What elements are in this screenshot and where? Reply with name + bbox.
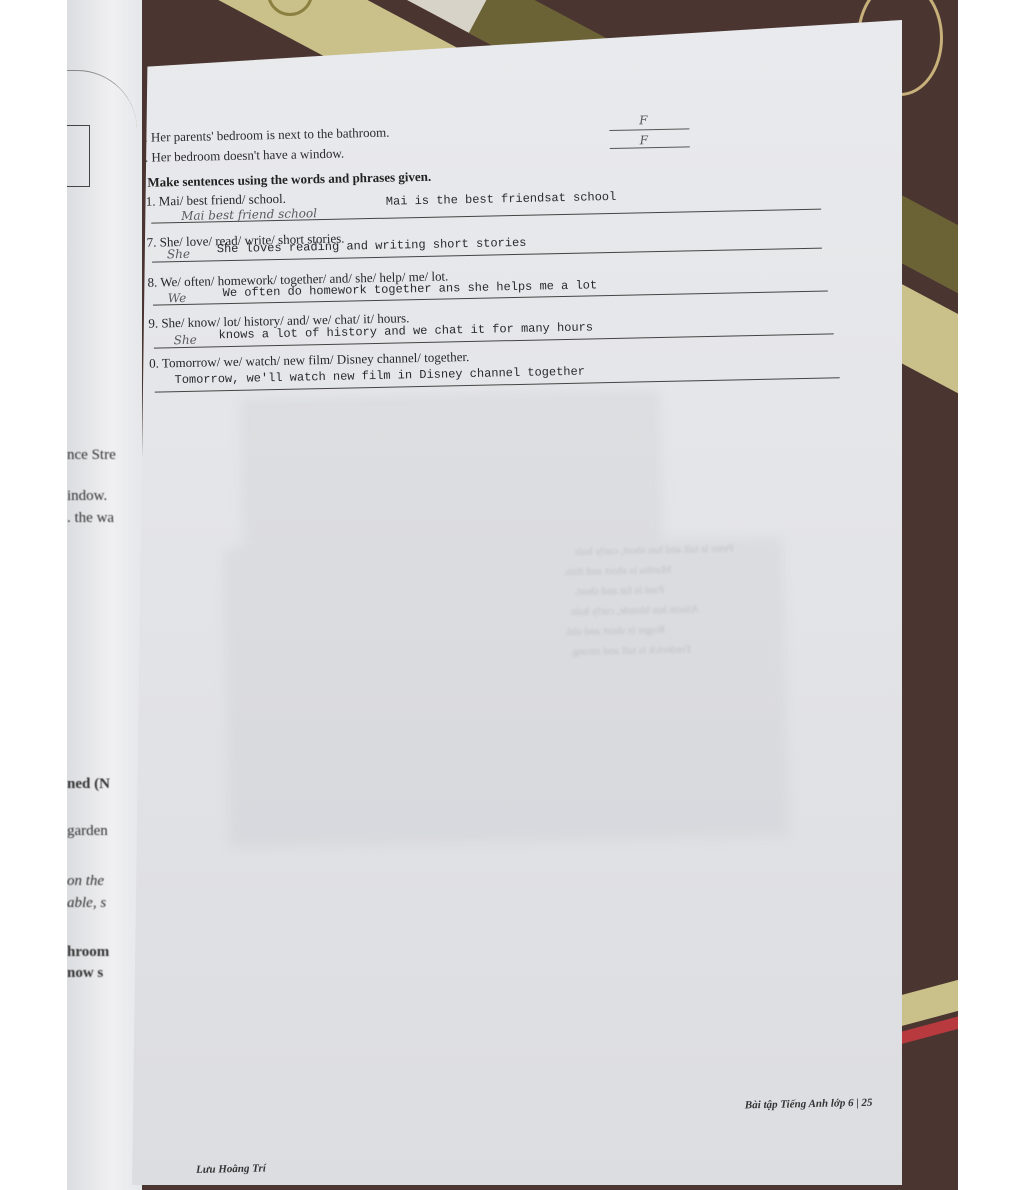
- workbook-page: . Her parents' bedroom is next to the ba…: [132, 20, 902, 1185]
- left-page-text: garden: [67, 823, 127, 840]
- true-false-item: . Her bedroom doesn't have a window.: [145, 146, 345, 166]
- left-page: nce Stre indow. . the wa ned (N garden o…: [67, 0, 142, 1190]
- show-through-line: Paul is fat and short.: [574, 584, 664, 598]
- section-heading: Make sentences using the words and phras…: [147, 169, 431, 191]
- left-page-text: indow.: [67, 488, 127, 505]
- left-page-box: [67, 125, 90, 187]
- handwritten-answer: She: [167, 247, 190, 261]
- show-through-line: Frederick is tall and strong.: [570, 643, 691, 658]
- show-through-text-block: [223, 536, 789, 848]
- page-footer-title: Bài tập Tiếng Anh lớp 6 | 25: [745, 1097, 873, 1112]
- answer-blank: [610, 146, 690, 149]
- show-through-image: [240, 389, 663, 548]
- photo-background: nce Stre indow. . the wa ned (N garden o…: [67, 0, 958, 1190]
- handwritten-answer: She: [174, 333, 197, 347]
- left-page-text: ned (N: [67, 776, 127, 793]
- show-through-line: Martha is short and thin.: [564, 564, 672, 578]
- left-page-text: now s: [67, 965, 127, 982]
- typed-answer: Mai is the best friendsat school: [386, 190, 617, 209]
- left-page-text: nce Stre: [67, 447, 127, 464]
- left-page-text: hroom: [67, 944, 127, 961]
- show-through-line: Roger is short and old.: [565, 624, 665, 638]
- left-page-text: . the wa: [67, 510, 127, 527]
- left-page-curve: [67, 70, 137, 131]
- left-page-text: on the: [67, 873, 127, 890]
- left-page-text: able, s: [67, 895, 127, 912]
- answer-blank: [609, 128, 689, 131]
- true-false-answer: F: [639, 113, 648, 127]
- true-false-answer: F: [639, 133, 648, 147]
- true-false-item: . Her parents' bedroom is next to the ba…: [144, 125, 389, 146]
- page-footer-author: Lưu Hoằng Trí: [196, 1162, 266, 1175]
